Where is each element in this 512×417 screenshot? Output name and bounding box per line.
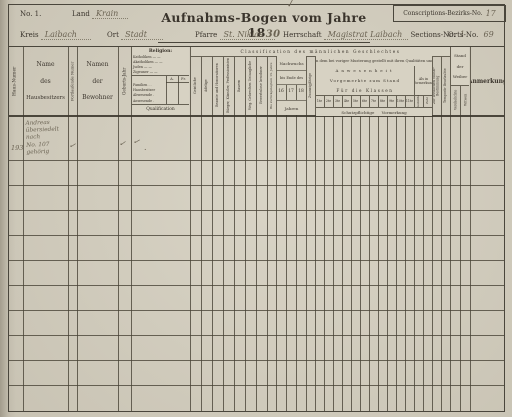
religion-box: Religion: Katholiken — —Akatholiken — —J… [132,47,189,115]
form-number: No. 1. [20,10,41,18]
class-number-cell: 4te [342,95,351,107]
class-number-cell: 9te [387,95,396,107]
religion-count-rows: Katholiken — —Akatholiken — —Juden — —Zi… [132,55,189,75]
class-number-cell: 10te [396,95,405,107]
weiber-box-title: Stand der Weiber [451,47,469,86]
column-header-until-15: Bis zurückgelegtem 15. Jahre [268,57,275,114]
column-header-residents: Namen der Bewohner [78,51,117,111]
table-row-line [9,360,504,361]
column-header-remark: Anmerkung [471,47,504,115]
pfarre-value: St. Niklas [220,30,276,40]
classification-column-label: Bürger, Künstler, Professionisten [224,57,233,114]
entry-note-line2: übersiedelt nach [26,127,68,143]
religion-subcol-a: A. [166,76,178,82]
herrschaft-value: Magistrat Laibach [324,30,408,40]
residents-line1: Namen [78,61,117,68]
religion-caption: Qualification [132,104,189,115]
entry-owner-note: Andreas übersiedelt nach No. 107 gehörig [25,119,68,157]
table-row-line [9,210,504,211]
kreis-field: Kreis Laibach [20,30,91,39]
table-header: Haus-Numer Name des Hausbesitzers Fortla… [9,47,504,115]
classification-column-label: Beamte und Honoratioren [213,57,222,114]
kreis-value: Laibach [41,30,91,40]
table-row-line [9,310,504,311]
entry-checkmark-1: ✓ [68,140,76,150]
religion-summary-rows: Familien . .HausbesitzerAbwesende .Anwes… [133,83,166,104]
class-number-cell: 5te [351,95,360,107]
ort-field: Ort Stadt [107,30,163,39]
nachwuchs-title: Nachwuchs [277,56,306,70]
table-row-line [9,385,504,386]
column-header-military: Zur wirklichen Militär-Bestimmung [433,57,440,114]
column-header-house-number: Haus-Numer [10,47,22,115]
column-header-furlough: Temporär Beurlaubte [442,57,449,114]
column-header-owner: Name des Hausbesitzers [24,51,67,111]
nachwuchs-year-cell: 18 [296,83,306,100]
orts-no-value: 69 [484,30,494,39]
nachwuchs-caption: Jahren [277,100,306,115]
entry-checkmark-3: ✓ [132,136,141,146]
scanned-census-form: No. 1. Land Krain ✓ Aufnahms-Bogen vom J… [0,0,512,417]
vormerk-title: Als in Vormerkung [415,66,432,96]
conscription-district-box: Conscriptions-Bezirks-No. 17 [393,5,506,22]
owner-line2: des [24,78,67,85]
kreis-label: Kreis [20,31,39,39]
religion-summary-row: Anwesende . [133,99,166,104]
entry-ink-dot: . [144,143,147,152]
weiber-line2: der [451,64,469,69]
column-header-birth-year: Geburts-Jahr [119,47,130,115]
table-row-line [9,185,504,186]
table-row-line [9,160,504,161]
column-header-twenty-year: Zwanzigjährige [307,57,314,114]
owner-line1: Name [24,61,67,68]
land-label: Land [72,10,90,18]
pfarre-label: Pfarre [195,31,217,39]
class-number-cell: 8te [378,95,387,107]
classification-column-label: Bauern [235,57,244,114]
class-number-cell: 7te [369,95,378,107]
census-table: Haus-Numer Name des Hausbesitzers Fortla… [9,46,504,411]
table-row-line [9,235,504,236]
classification-column-label: Erwerbslose Inwohner [257,57,266,114]
vormerk-subcolumn-label: Zahl [424,95,431,107]
table-row-line [9,335,504,336]
weiber-line3: Weiber [451,74,469,79]
weiber-subcolumn-label: Verehelichte [452,86,460,114]
weiber-line1: Stand [451,53,469,58]
religion-subcol-fr: Fr. [178,76,189,82]
vormerk-subcolumn-label: Gestellte [415,95,422,107]
entry-house-number: 193 [11,144,23,152]
muster-caption: Schutzpflichtige Vormerkung [316,107,432,116]
entry-checkmark-2: ✓ [118,139,126,149]
classification-column-label: Adelige [202,57,211,114]
table-row-line [9,260,504,261]
land-value: Krain [92,9,128,19]
class-number-cell: 6te [360,95,369,107]
table-row-line [9,285,504,286]
orts-no-field: Orts-No. 69 [448,30,494,39]
entry-note-line3: No. 107 gehörig [26,141,68,157]
herrschaft-field: Herrschaft Magistrat Laibach Sections-No… [283,30,465,39]
pfarre-field: Pfarre St. Niklas [195,30,275,39]
classification-column-label: Weg. Gebrechen Untaugliche [246,57,255,114]
class-number-cell: 3te [333,95,342,107]
conscription-value: 17 [486,9,496,18]
orts-no-label: Orts-No. [448,31,478,39]
residents-line3: Bewohner [78,94,117,101]
column-header-party-number: Fortlaufende Numer [69,47,76,115]
land-field: Land Krain [72,9,128,18]
class-number-cell: 2te [324,95,333,107]
weiber-subcolumn-label: Witwen [462,86,470,114]
classification-column-label: Geistliche [191,57,200,114]
class-number-cell: 1te [315,95,324,107]
residents-line2: der [78,78,117,85]
conscription-label: Conscriptions-Bezirks-No. [403,10,482,17]
nachwuchs-year-cell: 16 [276,83,286,100]
religion-summary-box: A. Fr. Familien . .HausbesitzerAbwesende… [132,75,189,105]
ort-label: Ort [107,31,119,39]
religion-title: Religion: [132,47,189,55]
herrschaft-label: Herrschaft [283,31,322,39]
class-number-cell: 11te [405,95,414,107]
nachwuchs-year-cell: 17 [286,83,296,100]
ort-value: Stadt [121,30,163,40]
owner-line3: Hausbesitzers [24,95,67,101]
